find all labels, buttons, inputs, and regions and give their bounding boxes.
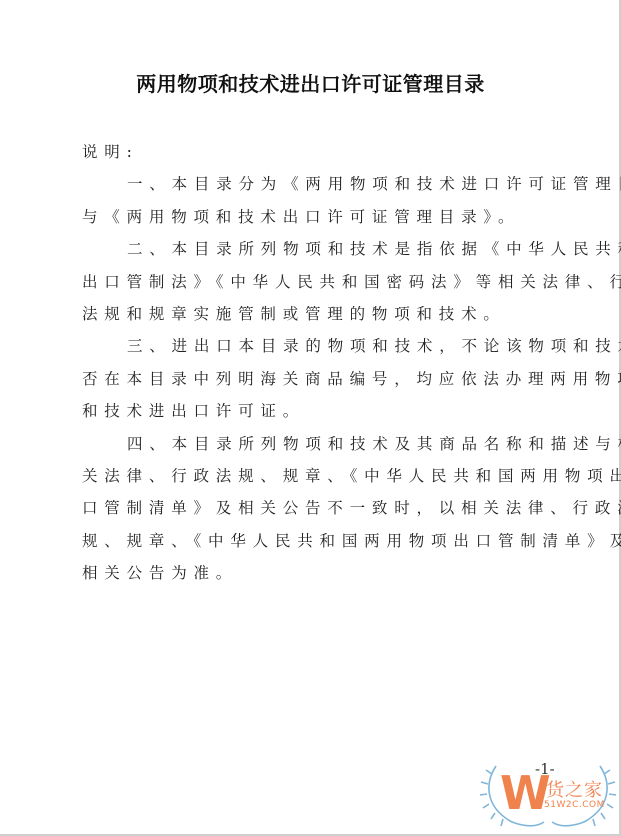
paragraph-2-line-1: 二、本目录所列物项和技术是指依据《中华人民共和国	[82, 233, 542, 265]
paragraph-2-line-2: 出口管制法》《中华人民共和国密码法》等相关法律、行政	[82, 266, 542, 298]
paragraph-3-line-1: 三、进出口本目录的物项和技术，不论该物项和技术是	[82, 330, 542, 362]
page-number: -1-	[535, 760, 555, 778]
section-heading: 说明:	[82, 136, 542, 168]
paragraph-4-line-2: 关法律、行政法规、规章、《中华人民共和国两用物项出	[82, 460, 542, 492]
document-body: 说明: 一、本目录分为《两用物项和技术进口许可证管理目录》 与《两用物项和技术出…	[82, 136, 542, 589]
watermark-brand: 货之家	[546, 776, 603, 802]
paragraph-4-line-4: 规、规章、《中华人民共和国两用物项出口管制清单》及	[82, 525, 542, 557]
watermark-url: 51W2C.COM	[544, 800, 605, 810]
paragraph-2-line-3: 法规和规章实施管制或管理的物项和技术。	[82, 298, 542, 330]
paragraph-4-line-1: 四、本目录所列物项和技术及其商品名称和描述与相	[82, 428, 542, 460]
paragraph-3-line-3: 和技术进出口许可证。	[82, 395, 542, 427]
paragraph-1-line-2: 与《两用物项和技术出口许可证管理目录》。	[82, 201, 542, 233]
paragraph-3-line-2: 否在本目录中列明海关商品编号，均应依法办理两用物项	[82, 363, 542, 395]
document-title: 两用物项和技术进出口许可证管理目录	[0, 68, 621, 97]
paragraph-1-line-1: 一、本目录分为《两用物项和技术进口许可证管理目录》	[82, 168, 542, 200]
paragraph-4-line-3: 口管制清单》及相关公告不一致时，以相关法律、行政法	[82, 492, 542, 524]
document-page: 两用物项和技术进出口许可证管理目录 说明: 一、本目录分为《两用物项和技术进口许…	[0, 0, 621, 836]
paragraph-4-line-5: 相关公告为准。	[82, 557, 542, 589]
